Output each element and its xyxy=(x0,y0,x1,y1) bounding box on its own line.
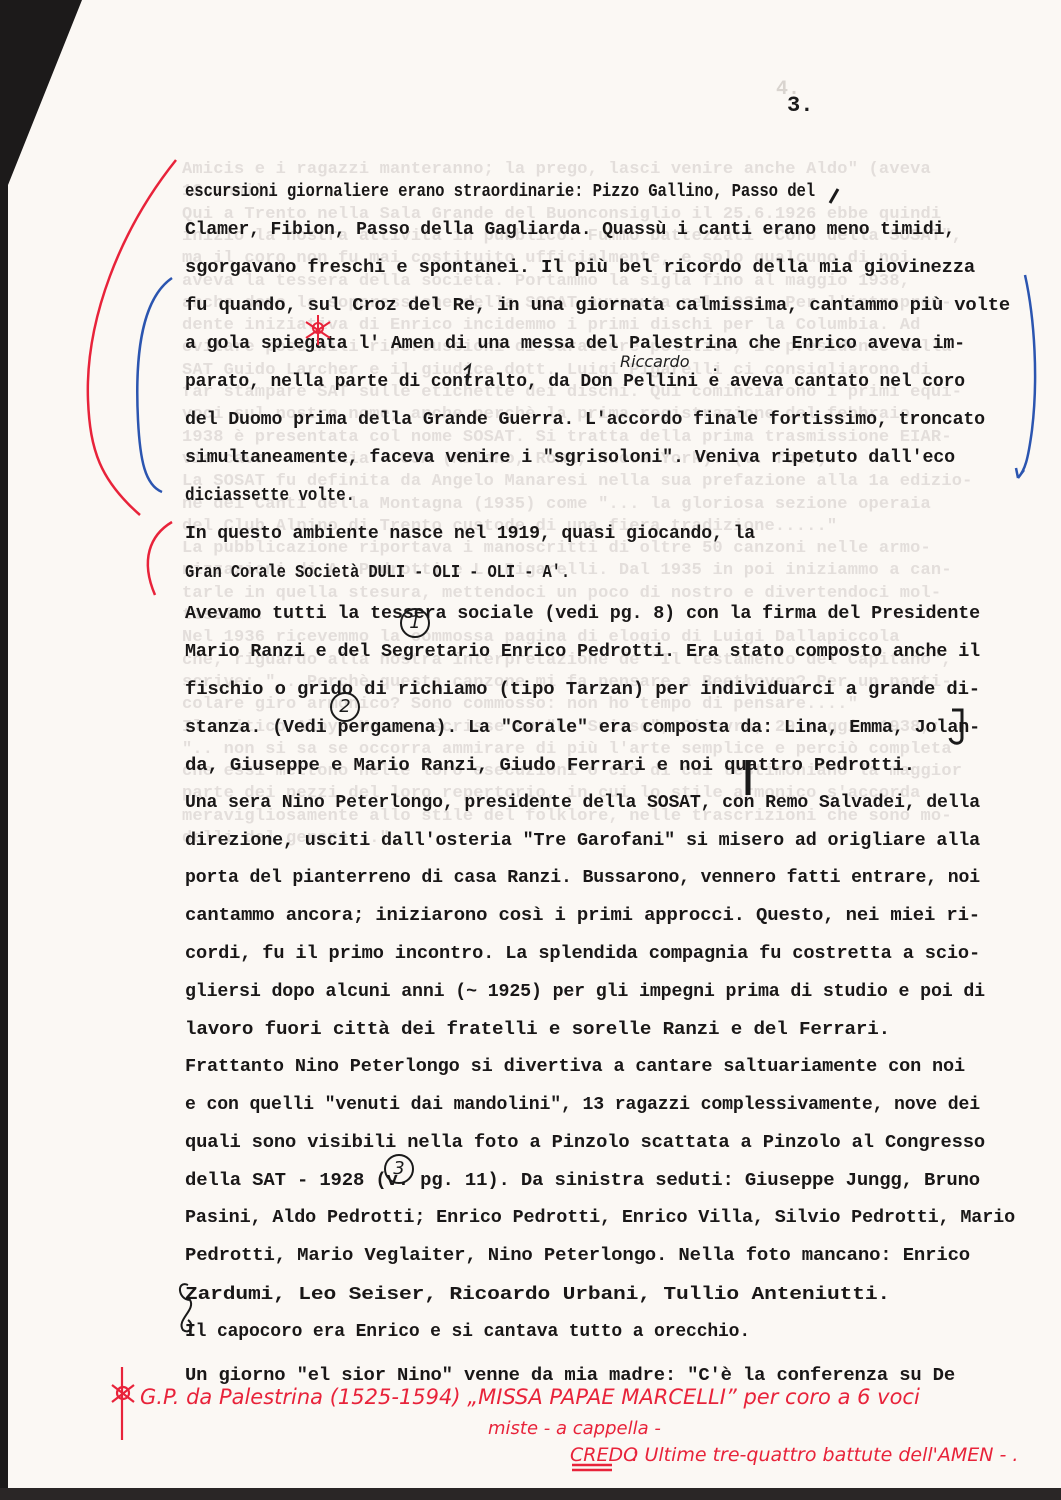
typed-line: gliersi dopo alcuni anni (~ 1925) per gl… xyxy=(185,982,985,1002)
typed-line: porta del pianterreno di casa Ranzi. Bus… xyxy=(185,868,980,888)
typed-line: Una sera Nino Peterlongo, presidente del… xyxy=(185,793,980,813)
typed-line: direzione, usciti dall'osteria "Tre Garo… xyxy=(185,831,980,851)
typed-line: Gran Corale Società DULI - OLI - OLI - A… xyxy=(185,563,570,583)
typed-line: Avevamo tutti la tessera sociale (vedi p… xyxy=(185,604,980,624)
typed-line: stanza. (Vedi pergamena). La "Corale" er… xyxy=(185,718,980,738)
typed-line: da, Giuseppe e Mario Ranzi, Giudo Ferrar… xyxy=(185,756,915,776)
bleed-through-line: tarle in quella stesura, mettendoci un p… xyxy=(182,584,941,603)
footnote-credo: CREDO xyxy=(570,1444,638,1466)
typed-line: Mario Ranzi e del Segretario Enrico Pedr… xyxy=(185,642,980,662)
typed-line: Zardumi, Leo Seiser, Ricoardo Urbani, Tu… xyxy=(185,1285,890,1305)
circled-note-3: 3 xyxy=(384,1154,414,1184)
scan-edge xyxy=(0,1488,1061,1500)
circled-note-1: 1 xyxy=(400,608,430,638)
typed-line: escursioni giornaliere erano straordinar… xyxy=(185,182,815,202)
footnote-line-1: G.P. da Palestrina (1525-1594) „MISSA PA… xyxy=(140,1385,920,1409)
typed-line: cordi, fu il primo incontro. La splendid… xyxy=(185,944,980,964)
typed-line: Il capocoro era Enrico e si cantava tutt… xyxy=(185,1322,750,1342)
typed-line: fu quando, sul Croz del Re, in una giorn… xyxy=(185,296,1010,316)
typed-line: del Duomo prima della Grande Guerra. L'a… xyxy=(185,410,985,430)
handwritten-riccardo: Riccardo xyxy=(620,352,689,371)
typed-line: Pasini, Aldo Pedrotti; Enrico Pedrotti, … xyxy=(185,1208,1015,1228)
bleed-through-line: Amicis e i ragazzi manteranno; la prego,… xyxy=(182,160,931,179)
typed-line: a gola spiegata l' Amen di una messa del… xyxy=(185,334,965,354)
typed-line: cantammo ancora; iniziarono così i primi… xyxy=(185,906,980,926)
typed-line: della SAT - 1928 (v. pg. 11). Da sinistr… xyxy=(185,1171,980,1191)
typed-line: Un giorno "el sior Nino" venne da mia ma… xyxy=(185,1366,955,1386)
typed-line: simultaneamente, faceva venire i "sgriso… xyxy=(185,448,955,468)
footnote-line-2: miste - a cappella - xyxy=(488,1418,661,1439)
typed-line: parato, nella parte di contralto, da Don… xyxy=(185,372,965,392)
typed-line: Clamer, Fibion, Passo della Gagliarda. Q… xyxy=(185,220,955,240)
circled-note-2: 2 xyxy=(330,692,360,722)
footnote-line-3: : Ultime tre-quattro battute dell'AMEN -… xyxy=(632,1444,1018,1466)
typed-line: e con quelli "venuti dai mandolini", 13 … xyxy=(185,1095,980,1115)
typed-line: sgorgavano freschi e spontanei. Il più b… xyxy=(185,258,975,278)
typed-line: lavoro fuori città dei fratelli e sorell… xyxy=(185,1020,890,1040)
typed-line: Pedrotti, Mario Veglaiter, Nino Peterlon… xyxy=(185,1246,970,1266)
bleed-through-line: dente iniziativa di Enrico incidemmo i p… xyxy=(182,316,921,335)
typed-line: fischio o grido di richiamo (tipo Tarzan… xyxy=(185,680,980,700)
typed-line: diciassette volte. xyxy=(185,486,355,506)
typed-line: In questo ambiente nasce nel 1919, quasi… xyxy=(185,524,755,544)
typed-line: Frattanto Nino Peterlongo si divertiva a… xyxy=(185,1057,965,1077)
bleed-through-line: 1938 è presentata col nome SOSAT. Si tra… xyxy=(182,428,952,447)
page-number: 3. xyxy=(787,93,813,118)
typed-line: quali sono visibili nella foto a Pinzolo… xyxy=(185,1133,985,1153)
handwritten-dot: . xyxy=(712,352,718,376)
